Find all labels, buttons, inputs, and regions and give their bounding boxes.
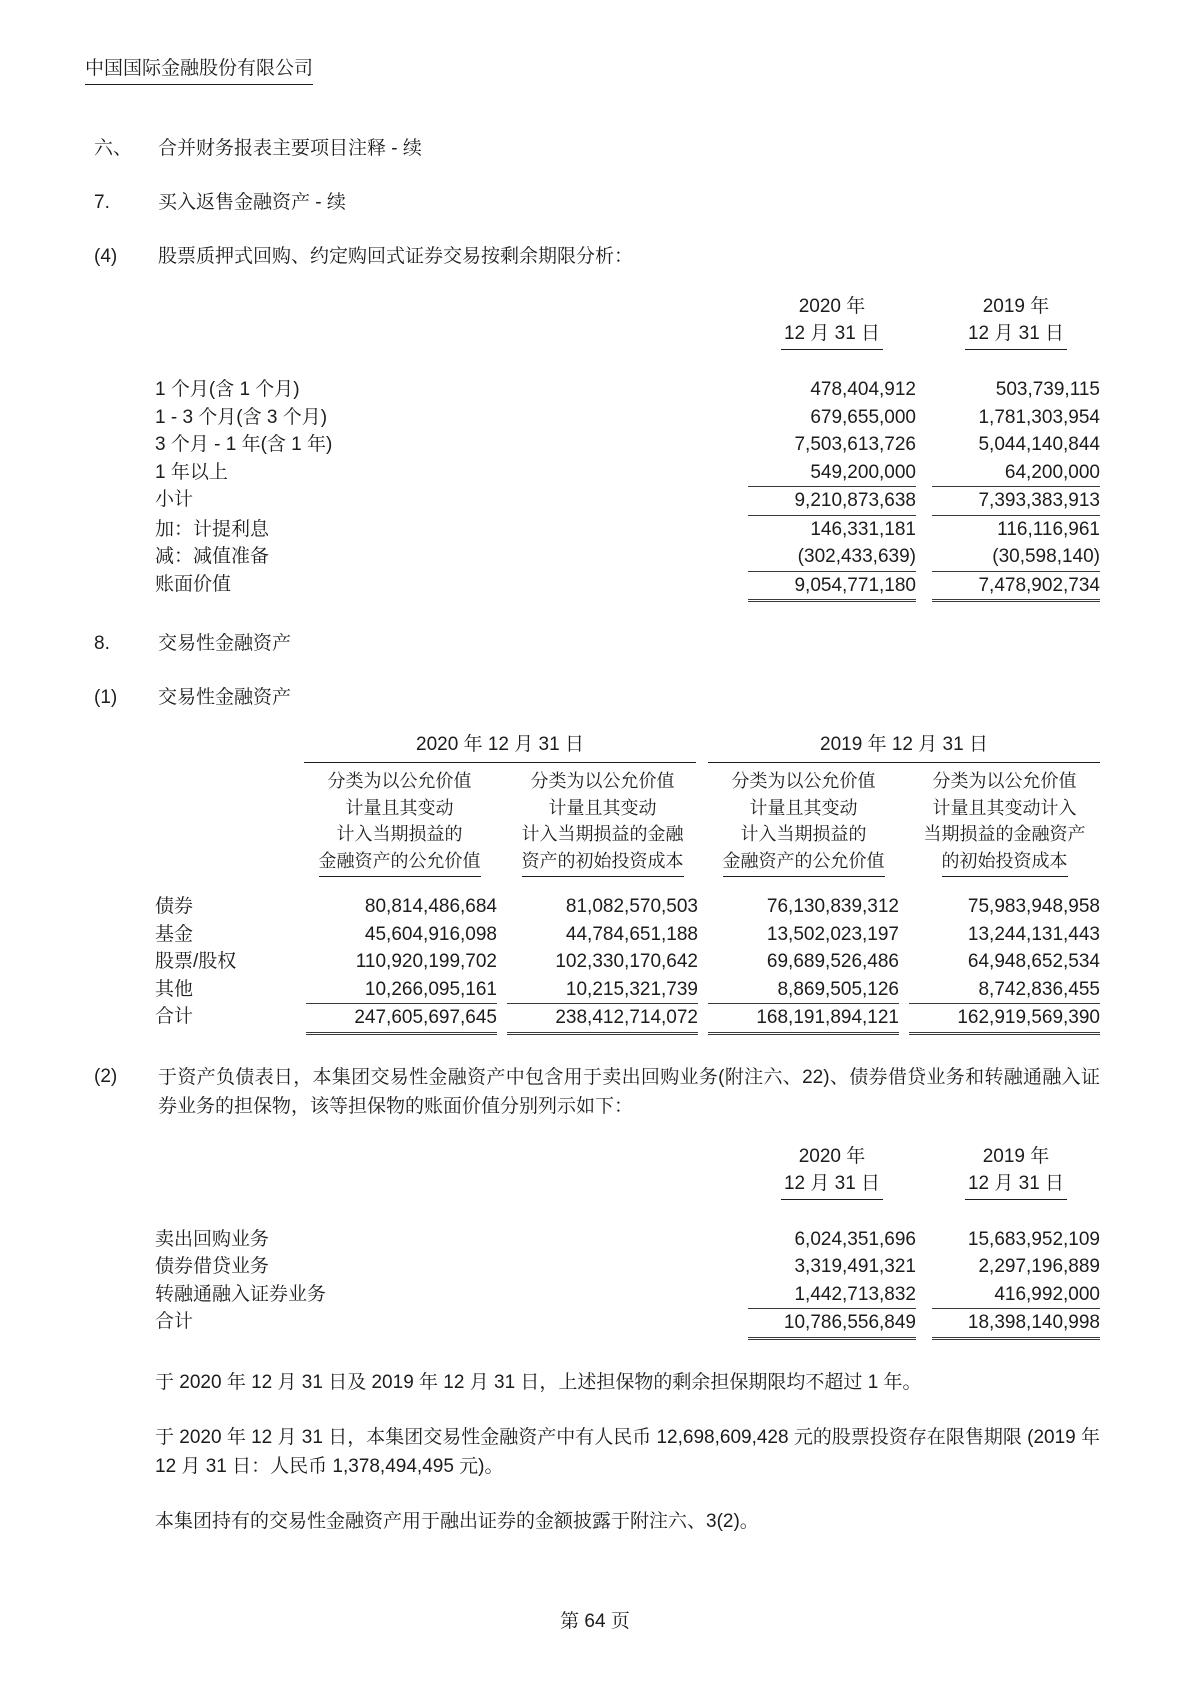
table-row: 1 年以上 549,200,000 64,200,000 [155,459,1100,487]
table-row: 加：计提利息 146,331,181 116,116,961 [155,516,1100,544]
cell-value: 45,604,916,098 [306,921,497,949]
column-header-2019: 2019 年 12 月 31 日 [932,293,1100,350]
column-header: 分类为以公允价值 计量且其变动 计入当期损益的 金融资产的公允价值 [304,768,495,877]
cell-value: 238,412,714,072 [507,1003,698,1035]
cell-value: 64,948,652,534 [909,948,1100,976]
maturity-table: 2020 年 12 月 31 日 2019 年 12 月 31 日 1 个月(含… [155,293,1100,602]
collateral-table-body: 卖出回购业务 6,024,351,696 15,683,952,109 债券借贷… [155,1226,1100,1340]
row-label: 合计 [155,1308,748,1340]
cell-value: 168,191,894,121 [708,1003,899,1035]
table-row: 减：减值准备 (302,433,639) (30,598,140) [155,543,1100,571]
value-2019: 7,478,902,734 [932,571,1100,603]
header-line: 计入当期损益的金融 [507,821,698,848]
paragraph-restricted-shares: 于 2020 年 12 月 31 日，本集团交易性金融资产中有人民币 12,69… [155,1423,1100,1481]
note7-title: 买入返售金融资产 - 续 [158,189,1100,217]
company-header: 中国国际金融股份有限公司 [85,56,1100,85]
header-line: 分类为以公允价值 [507,768,698,795]
note8-title: 交易性金融资产 [158,630,1100,658]
cell-value: 10,266,095,161 [306,976,497,1004]
column-date: 12 月 31 日 [781,1170,883,1200]
value-2020: 9,210,873,638 [748,486,916,516]
cell-value: 75,983,948,958 [909,893,1100,921]
trading-table-column-headers: 分类为以公允价值 计量且其变动 计入当期损益的 金融资产的公允价值 分类为以公允… [155,768,1100,877]
maturity-table-body: 1 个月(含 1 个月) 478,404,912 503,739,115 1 -… [155,376,1100,602]
note8-1-heading: (1) 交易性金融资产 [94,684,1100,712]
header-line: 金融资产的公允价值 [319,848,481,878]
trading-table-body: 债券 80,814,486,684 81,082,570,503 76,130,… [155,893,1100,1035]
row-label: 1 - 3 个月(含 3 个月) [155,404,748,432]
row-label: 股票/股权 [155,948,306,976]
page-number: 第 64 页 [0,1608,1190,1635]
row-label: 债券借贷业务 [155,1253,748,1281]
value-2019: 503,739,115 [932,376,1100,404]
value-2020: 478,404,912 [748,376,916,404]
table-row: 转融通融入证券业务 1,442,713,832 416,992,000 [155,1281,1100,1309]
note7-4-heading: (4) 股票质押式回购、约定购回式证券交易按剩余期限分析： [94,243,1100,271]
value-2019: (30,598,140) [932,543,1100,571]
collateral-table: 2020 年 12 月 31 日 2019 年 12 月 31 日 卖出回购业务… [155,1143,1100,1340]
row-label: 转融通融入证券业务 [155,1281,748,1309]
cell-value: 110,920,199,702 [306,948,497,976]
table-row: 3 个月 - 1 年(含 1 年) 7,503,613,726 5,044,14… [155,431,1100,459]
header-line: 分类为以公允价值 [909,768,1100,795]
header-line: 计入当期损益的 [304,821,495,848]
header-line: 当期损益的金融资产 [909,821,1100,848]
row-label: 其他 [155,976,306,1004]
row-label: 加：计提利息 [155,516,748,544]
cell-value: 44,784,651,188 [507,921,698,949]
cell-value: 81,082,570,503 [507,893,698,921]
cell-value: 247,605,697,645 [306,1003,497,1035]
header-line: 计量且其变动 [304,795,495,822]
column-year: 2020 年 [748,1143,916,1170]
column-year: 2020 年 [748,293,916,320]
header-line: 计量且其变动 [507,795,698,822]
value-2019: 2,297,196,889 [932,1253,1100,1281]
header-line: 资产的初始投资成本 [522,848,684,878]
column-header: 分类为以公允价值 计量且其变动 计入当期损益的 金融资产的公允价值 [708,768,899,877]
row-label: 债券 [155,893,306,921]
note7-4-number: (4) [94,243,158,271]
note7-heading: 7. 买入返售金融资产 - 续 [94,189,1100,217]
value-2020: 146,331,181 [748,516,916,544]
value-2020: 679,655,000 [748,404,916,432]
note8-2-text: 于资产负债表日，本集团交易性金融资产中包含用于卖出回购业务(附注六、22)、债券… [158,1063,1100,1121]
row-label: 基金 [155,921,306,949]
header-line: 金融资产的公允价值 [723,848,885,878]
column-header-2020: 2020 年 12 月 31 日 [748,293,916,350]
table-row: 基金 45,604,916,098 44,784,651,188 13,502,… [155,921,1100,949]
group-header-2019: 2019 年 12 月 31 日 [708,732,1100,763]
cell-value: 13,502,023,197 [708,921,899,949]
cell-value: 10,215,321,739 [507,976,698,1004]
row-label: 小计 [155,486,748,516]
value-2019: 64,200,000 [932,459,1100,487]
table-row: 股票/股权 110,920,199,702 102,330,170,642 69… [155,948,1100,976]
cell-value: 69,689,526,486 [708,948,899,976]
value-2020: (302,433,639) [748,543,916,571]
note8-heading: 8. 交易性金融资产 [94,630,1100,658]
column-date: 12 月 31 日 [965,1170,1067,1200]
note8-1-title: 交易性金融资产 [158,684,1100,712]
value-2020: 3,319,491,321 [748,1253,916,1281]
header-line: 计入当期损益的 [708,821,899,848]
cell-value: 102,330,170,642 [507,948,698,976]
maturity-table-header: 2020 年 12 月 31 日 2019 年 12 月 31 日 [155,293,1100,350]
row-label: 1 个月(含 1 个月) [155,376,748,404]
header-line: 的初始投资成本 [942,848,1068,878]
cell-value: 76,130,839,312 [708,893,899,921]
total-row: 合计 247,605,697,645 238,412,714,072 168,1… [155,1003,1100,1035]
paragraph-securities-lending: 本集团持有的交易性金融资产用于融出证券的金额披露于附注六、3(2)。 [155,1507,1100,1536]
column-year: 2019 年 [932,1143,1100,1170]
column-header-2020: 2020 年 12 月 31 日 [748,1143,916,1200]
row-label: 1 年以上 [155,459,748,487]
table-row: 1 个月(含 1 个月) 478,404,912 503,739,115 [155,376,1100,404]
cell-value: 80,814,486,684 [306,893,497,921]
column-date: 12 月 31 日 [965,320,1067,350]
trading-table-group-header: 2020 年 12 月 31 日 2019 年 12 月 31 日 [155,732,1100,763]
trading-assets-table: 2020 年 12 月 31 日 2019 年 12 月 31 日 分类为以公允… [155,732,1100,1035]
note7-4-title: 股票质押式回购、约定购回式证券交易按剩余期限分析： [158,243,1100,271]
value-2020: 1,442,713,832 [748,1281,916,1309]
paragraph-remaining-term: 于 2020 年 12 月 31 日及 2019 年 12 月 31 日，上述担… [155,1368,1100,1397]
table-row: 卖出回购业务 6,024,351,696 15,683,952,109 [155,1226,1100,1254]
value-2020: 7,503,613,726 [748,431,916,459]
total-row: 合计 10,786,556,849 18,398,140,998 [155,1308,1100,1340]
value-2019: 18,398,140,998 [932,1308,1100,1340]
row-label: 账面价值 [155,571,748,603]
value-2019: 15,683,952,109 [932,1226,1100,1254]
column-header-2019: 2019 年 12 月 31 日 [932,1143,1100,1200]
financial-statement-page: 中国国际金融股份有限公司 六、 合并财务报表主要项目注释 - 续 7. 买入返售… [0,0,1190,1684]
section-title: 合并财务报表主要项目注释 - 续 [158,135,1100,163]
cell-value: 13,244,131,443 [909,921,1100,949]
column-header: 分类为以公允价值 计量且其变动计入 当期损益的金融资产 的初始投资成本 [909,768,1100,877]
row-label: 卖出回购业务 [155,1226,748,1254]
total-row: 账面价值 9,054,771,180 7,478,902,734 [155,571,1100,603]
value-2020: 6,024,351,696 [748,1226,916,1254]
row-label: 减：减值准备 [155,543,748,571]
column-header: 分类为以公允价值 计量且其变动 计入当期损益的金融 资产的初始投资成本 [507,768,698,877]
cell-value: 8,869,505,126 [708,976,899,1004]
cell-value: 162,919,569,390 [909,1003,1100,1035]
header-line: 分类为以公允价值 [304,768,495,795]
note8-2-number: (2) [94,1063,158,1121]
value-2020: 9,054,771,180 [748,571,916,603]
header-line: 计量且其变动计入 [909,795,1100,822]
value-2019: 116,116,961 [932,516,1100,544]
value-2020: 10,786,556,849 [748,1308,916,1340]
row-label: 合计 [155,1003,306,1035]
table-row: 1 - 3 个月(含 3 个月) 679,655,000 1,781,303,9… [155,404,1100,432]
value-2019: 7,393,383,913 [932,486,1100,516]
note8-2-paragraph: (2) 于资产负债表日，本集团交易性金融资产中包含用于卖出回购业务(附注六、22… [94,1063,1100,1121]
header-line: 分类为以公允价值 [708,768,899,795]
column-year: 2019 年 [932,293,1100,320]
note7-number: 7. [94,189,158,217]
row-label: 3 个月 - 1 年(含 1 年) [155,431,748,459]
note8-number: 8. [94,630,158,658]
value-2019: 1,781,303,954 [932,404,1100,432]
section-number: 六、 [94,135,158,163]
note8-1-number: (1) [94,684,158,712]
value-2019: 5,044,140,844 [932,431,1100,459]
table-row: 债券借贷业务 3,319,491,321 2,297,196,889 [155,1253,1100,1281]
cell-value: 8,742,836,455 [909,976,1100,1004]
section-heading: 六、 合并财务报表主要项目注释 - 续 [94,135,1100,163]
table-row: 其他 10,266,095,161 10,215,321,739 8,869,5… [155,976,1100,1004]
subtotal-row: 小计 9,210,873,638 7,393,383,913 [155,486,1100,516]
group-header-2020: 2020 年 12 月 31 日 [304,732,696,763]
table-row: 债券 80,814,486,684 81,082,570,503 76,130,… [155,893,1100,921]
collateral-table-header: 2020 年 12 月 31 日 2019 年 12 月 31 日 [155,1143,1100,1200]
column-date: 12 月 31 日 [781,320,883,350]
company-name: 中国国际金融股份有限公司 [85,56,313,85]
value-2019: 416,992,000 [932,1281,1100,1309]
value-2020: 549,200,000 [748,459,916,487]
header-line: 计量且其变动 [708,795,899,822]
